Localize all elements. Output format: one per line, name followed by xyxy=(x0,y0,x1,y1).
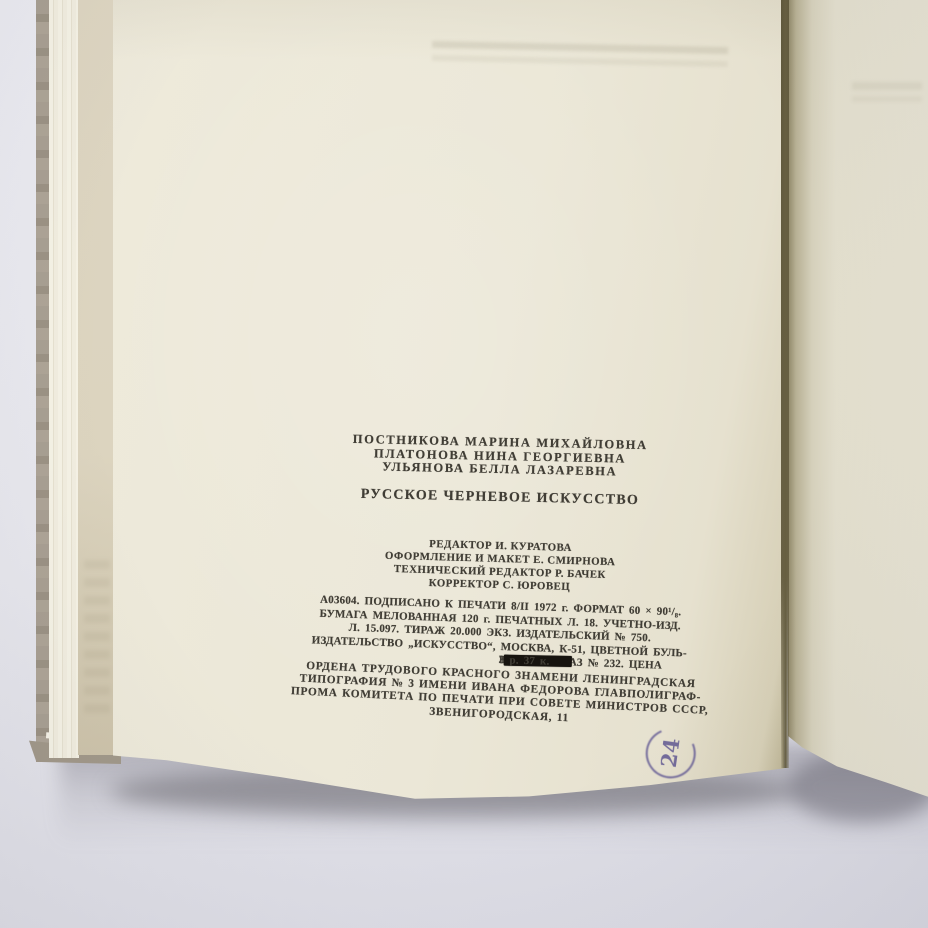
colophon-text: ПОСТНИКОВА МАРИНА МИХАЙЛОВНА ПЛАТОНОВА Н… xyxy=(166,0,834,802)
show-through-marks-left xyxy=(84,560,110,720)
stamp-number: 24 xyxy=(655,734,687,772)
book-cover-edge xyxy=(36,0,49,762)
book-title: РУССКОЕ ЧЕРНЕВОЕ ИСКУССТВО xyxy=(166,481,834,514)
page-edges-stack xyxy=(49,0,79,758)
price-line-suffix: 3 р. 37 к. xyxy=(499,654,550,669)
authors-block: ПОСТНИКОВА МАРИНА МИХАЙЛОВНА ПЛАТОНОВА Н… xyxy=(166,429,835,484)
show-through-marks-right xyxy=(852,82,922,108)
imprint-block: А03604. ПОДПИСАНО К ПЕЧАТИ 8/II 1972 г. … xyxy=(165,588,834,665)
photo-open-book: ПОСТНИКОВА МАРИНА МИХАЙЛОВНА ПЛАТОНОВА Н… xyxy=(0,0,928,928)
